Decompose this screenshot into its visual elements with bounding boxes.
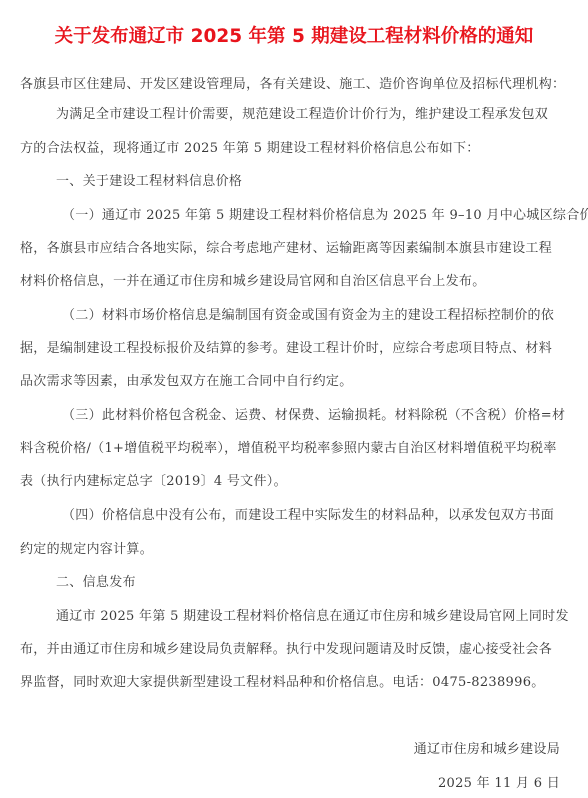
- document-title: 关于发布通辽市 2025 年第 5 期建设工程材料价格的通知: [0, 22, 588, 48]
- section2-line-3: 界监督，同时欢迎大家提供新型建设工程材料品种和价格信息。电话：0475-8238…: [20, 671, 545, 690]
- item3-line-3: 表（执行内建标定总字〔2019〕4 号文件）。: [20, 470, 287, 489]
- item1-line-3: 材料价格信息，一并在通辽市住房和城乡建设局官网和自治区信息平台上发布。: [20, 270, 486, 289]
- item4-line-1: （四）价格信息中没有公布，而建设工程中实际发生的材料品种，以承发包双方书面: [62, 504, 554, 523]
- item3-line-2: 料含税价格/（1+增值税平均税率），增值税平均税率参照内蒙古自治区材料增值税平均…: [20, 437, 557, 456]
- item2-line-3: 品次需求等因素，由承发包双方在施工合同中自行约定。: [20, 370, 353, 389]
- salutation: 各旗县市区住建局、开发区建设管理局，各有关建设、施工、造价咨询单位及招标代理机构…: [20, 73, 565, 92]
- item3-line-1: （三）此材料价格包含税金、运费、材保费、运输损耗。材料除税（不含税）价格=材: [62, 404, 565, 423]
- notice-document: 关于发布通辽市 2025 年第 5 期建设工程材料价格的通知 各旗县市区住建局、…: [0, 0, 588, 798]
- intro-line-1: 为满足全市建设工程计价需要，规范建设工程造价计价行为，维护建设工程承发包双: [56, 103, 548, 122]
- section2-line-2: 布，并由通辽市住房和城乡建设局负责解释。执行中发现问题请及时反馈，虚心接受社会各: [20, 638, 552, 657]
- item2-line-2: 据，是编制建设工程投标报价及结算的参考。建设工程计价时，应综合考虑项目特点、材料: [20, 337, 552, 356]
- issue-date: 2025 年 11 月 6 日: [438, 772, 560, 791]
- section2-heading: 二、信息发布: [56, 571, 136, 590]
- item1-line-1: （一）通辽市 2025 年第 5 期建设工程材料价格信息为 2025 年 9–1…: [62, 204, 588, 223]
- section2-line-1: 通辽市 2025 年第 5 期建设工程材料价格信息在通辽市住房和城乡建设局官网上…: [56, 605, 569, 624]
- item1-line-2: 格，各旗县市应结合各地实际，综合考虑地产建材、运输距离等因素编制本旗县市建设工程: [20, 237, 552, 256]
- signature: 通辽市住房和城乡建设局: [414, 738, 560, 757]
- section1-heading: 一、关于建设工程材料信息价格: [56, 170, 242, 189]
- item4-line-2: 约定的规定内容计算。: [20, 538, 153, 557]
- intro-line-2: 方的合法权益，现将通辽市 2025 年第 5 期建设工程材料价格信息公布如下：: [20, 137, 480, 156]
- item2-line-1: （二）材料市场价格信息是编制国有资金或国有资金为主的建设工程招标控制价的依: [62, 304, 554, 323]
